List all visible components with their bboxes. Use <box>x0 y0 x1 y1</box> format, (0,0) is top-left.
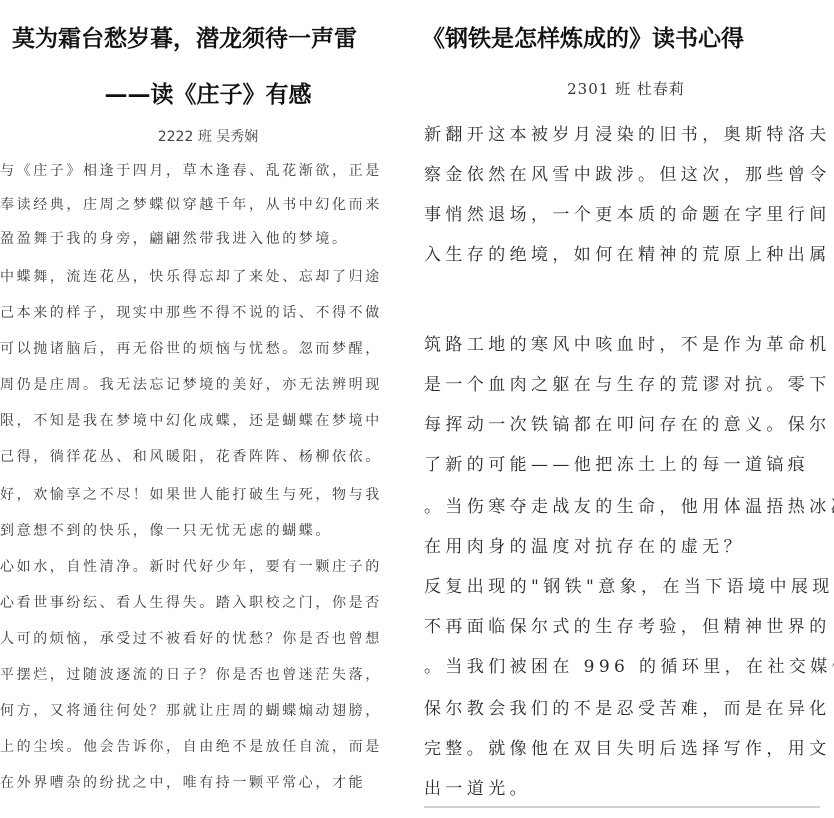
text-line: 心如水，自性清净。新时代好少年，要有一颗庄子的 <box>0 556 416 576</box>
essay-title: 《钢铁是怎样炼成的》读书心得 <box>418 20 834 53</box>
text-line: 不再面临保尔式的生存考验，但精神世界的 <box>424 612 834 637</box>
text-line: 己本来的样子，现实中那些不得不说的话、不得不做 <box>0 302 416 322</box>
text-line: 每挥动一次铁镐都在叩问存在的意义。保尔 <box>424 410 834 435</box>
text-line: 完整。就像他在双目失明后选择写作，用文 <box>424 734 834 759</box>
text-line: 上的尘埃。他会告诉你，自由绝不是放任自流，而是 <box>0 736 416 756</box>
text-line: 。当我们被困在 996 的循环里，在社交媒体 <box>424 652 834 677</box>
author-line: 2222 班 吴秀娴 <box>0 126 416 146</box>
text-line: 心看世事纷纭、看人生得失。踏入职校之门，你是否 <box>0 592 416 612</box>
text-line: 在外界嘈杂的纷扰之中，唯有持一颗平常心，才能 <box>0 772 416 792</box>
text-line: 好，欢愉享之不尽！如果世人能打破生与死，物与我 <box>0 484 416 504</box>
text-line: 筑路工地的寒风中咳血时，不是作为革命机 <box>424 330 834 355</box>
text-line: 反复出现的"钢铁"意象，在当下语境中展现 <box>424 572 834 597</box>
text-line: 限，不知是我在梦境中幻化成蝶，还是蝴蝶在梦境中 <box>0 410 416 430</box>
text-line: 可以抛诸脑后，再无俗世的烦恼与忧愁。忽而梦醒， <box>0 338 416 358</box>
text-line: 周仍是庄周。我无法忘记梦境的美好，亦无法辨明现 <box>0 374 416 394</box>
text-line: 到意想不到的快乐，像一只无忧无虑的蝴蝶。 <box>0 520 416 540</box>
text-line: 在用肉身的温度对抗存在的虚无？ <box>424 532 834 557</box>
text-line: 事悄然退场，一个更本质的命题在字里行间 <box>424 200 834 225</box>
essay-title: 莫为霜台愁岁暮，潜龙须待一声雷 <box>0 20 416 53</box>
text-line: 。当伤寒夺走战友的生命，他用体温捂热冰冷 <box>424 492 834 517</box>
text-line: 了新的可能——他把冻土上的每一道镐痕 <box>424 450 834 475</box>
text-line: 中蝶舞，流连花丛，快乐得忘却了来处、忘却了归途 <box>0 266 416 286</box>
text-line: 平摆烂，过随波逐流的日子？你是否也曾迷茫失落， <box>0 664 416 684</box>
author-line: 2301 班 杜春莉 <box>418 78 834 99</box>
text-line: 出一道光。 <box>424 774 834 799</box>
right-document-page: 《钢铁是怎样炼成的》读书心得 2301 班 杜春莉 新翻开这本被岁月浸染的旧书，… <box>418 0 834 818</box>
text-line: 是一个血肉之躯在与生存的荒谬对抗。零下 <box>424 370 834 395</box>
text-line: 入生存的绝境，如何在精神的荒原上种出属 <box>424 240 834 265</box>
left-document-page: 莫为霜台愁岁暮，潜龙须待一声雷 ——读《庄子》有感 2222 班 吴秀娴 与《庄… <box>0 0 416 818</box>
text-line: 奉读经典，庄周之梦蝶似穿越千年，从书中幻化而来 <box>0 194 416 214</box>
text-line: 何方，又将通往何处？那就让庄周的蝴蝶煽动翅膀， <box>0 700 416 720</box>
bottom-rule <box>424 806 820 808</box>
text-line: 人可的烦恼，承受过不被看好的忧愁？你是否也曾想 <box>0 628 416 648</box>
text-line: 己得，徜徉花丛、和风暖阳，花香阵阵、杨柳依依。 <box>0 446 416 466</box>
text-line: 新翻开这本被岁月浸染的旧书，奥斯特洛夫 <box>424 120 834 145</box>
text-line: 保尔教会我们的不是忍受苦难，而是在异化 <box>424 694 834 719</box>
text-line: 盈盈舞于我的身旁，翩翩然带我进入他的梦境。 <box>0 228 416 248</box>
essay-subtitle: ——读《庄子》有感 <box>0 76 416 109</box>
text-line: 察金依然在风雪中跋涉。但这次，那些曾令 <box>424 160 834 185</box>
text-line: 与《庄子》相逢于四月，草木逢春、乱花渐欲，正是 <box>0 160 416 180</box>
